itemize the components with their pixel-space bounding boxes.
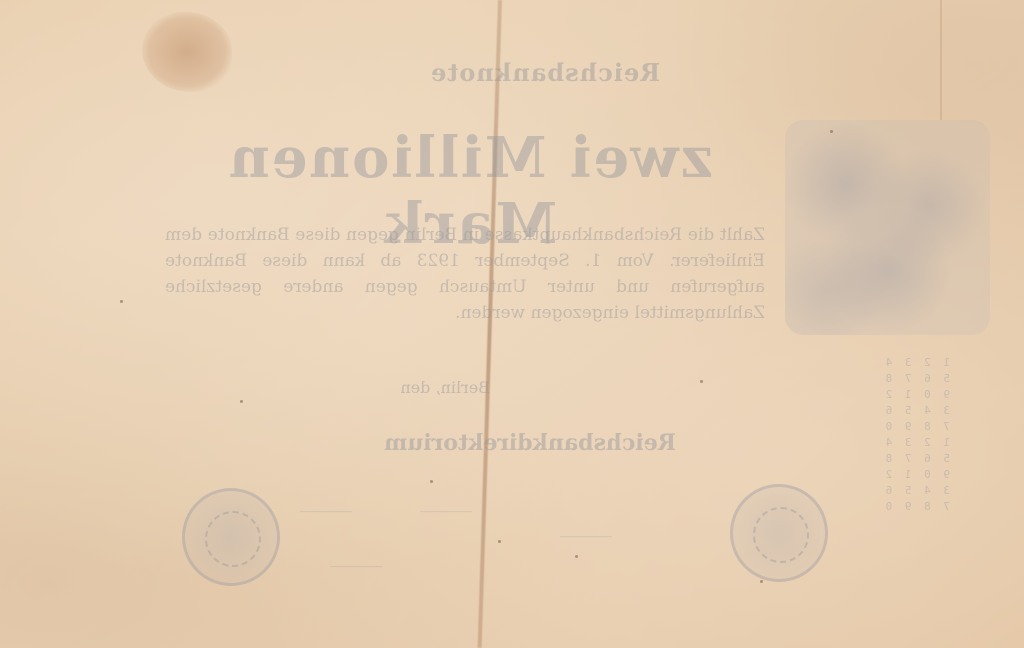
signature-line: ________ <box>560 520 612 542</box>
paper-stain <box>142 12 232 92</box>
banknote-reverse: Reichsbanknote zwei Millionen Mark Zahlt… <box>0 0 1024 648</box>
signature-line: ________ <box>420 495 472 517</box>
body-text: Zahlt die Reichsbankhauptkasse in Berlin… <box>165 222 765 326</box>
edge-crease <box>940 0 942 120</box>
eagle-emblem <box>785 120 990 335</box>
seal-left <box>182 488 280 586</box>
issuer-text: Reichsbankdirektorium <box>370 430 690 456</box>
seal-right <box>730 484 828 582</box>
date-line: Berlin, den <box>370 378 490 397</box>
signature-line: ________ <box>300 495 352 517</box>
signature-line: ________ <box>330 550 382 572</box>
serial-digits: 1 2 3 4 5 6 7 8 9 0 1 2 3 4 5 6 7 8 9 0 … <box>870 355 950 605</box>
header-text: Reichsbanknote <box>425 58 665 87</box>
